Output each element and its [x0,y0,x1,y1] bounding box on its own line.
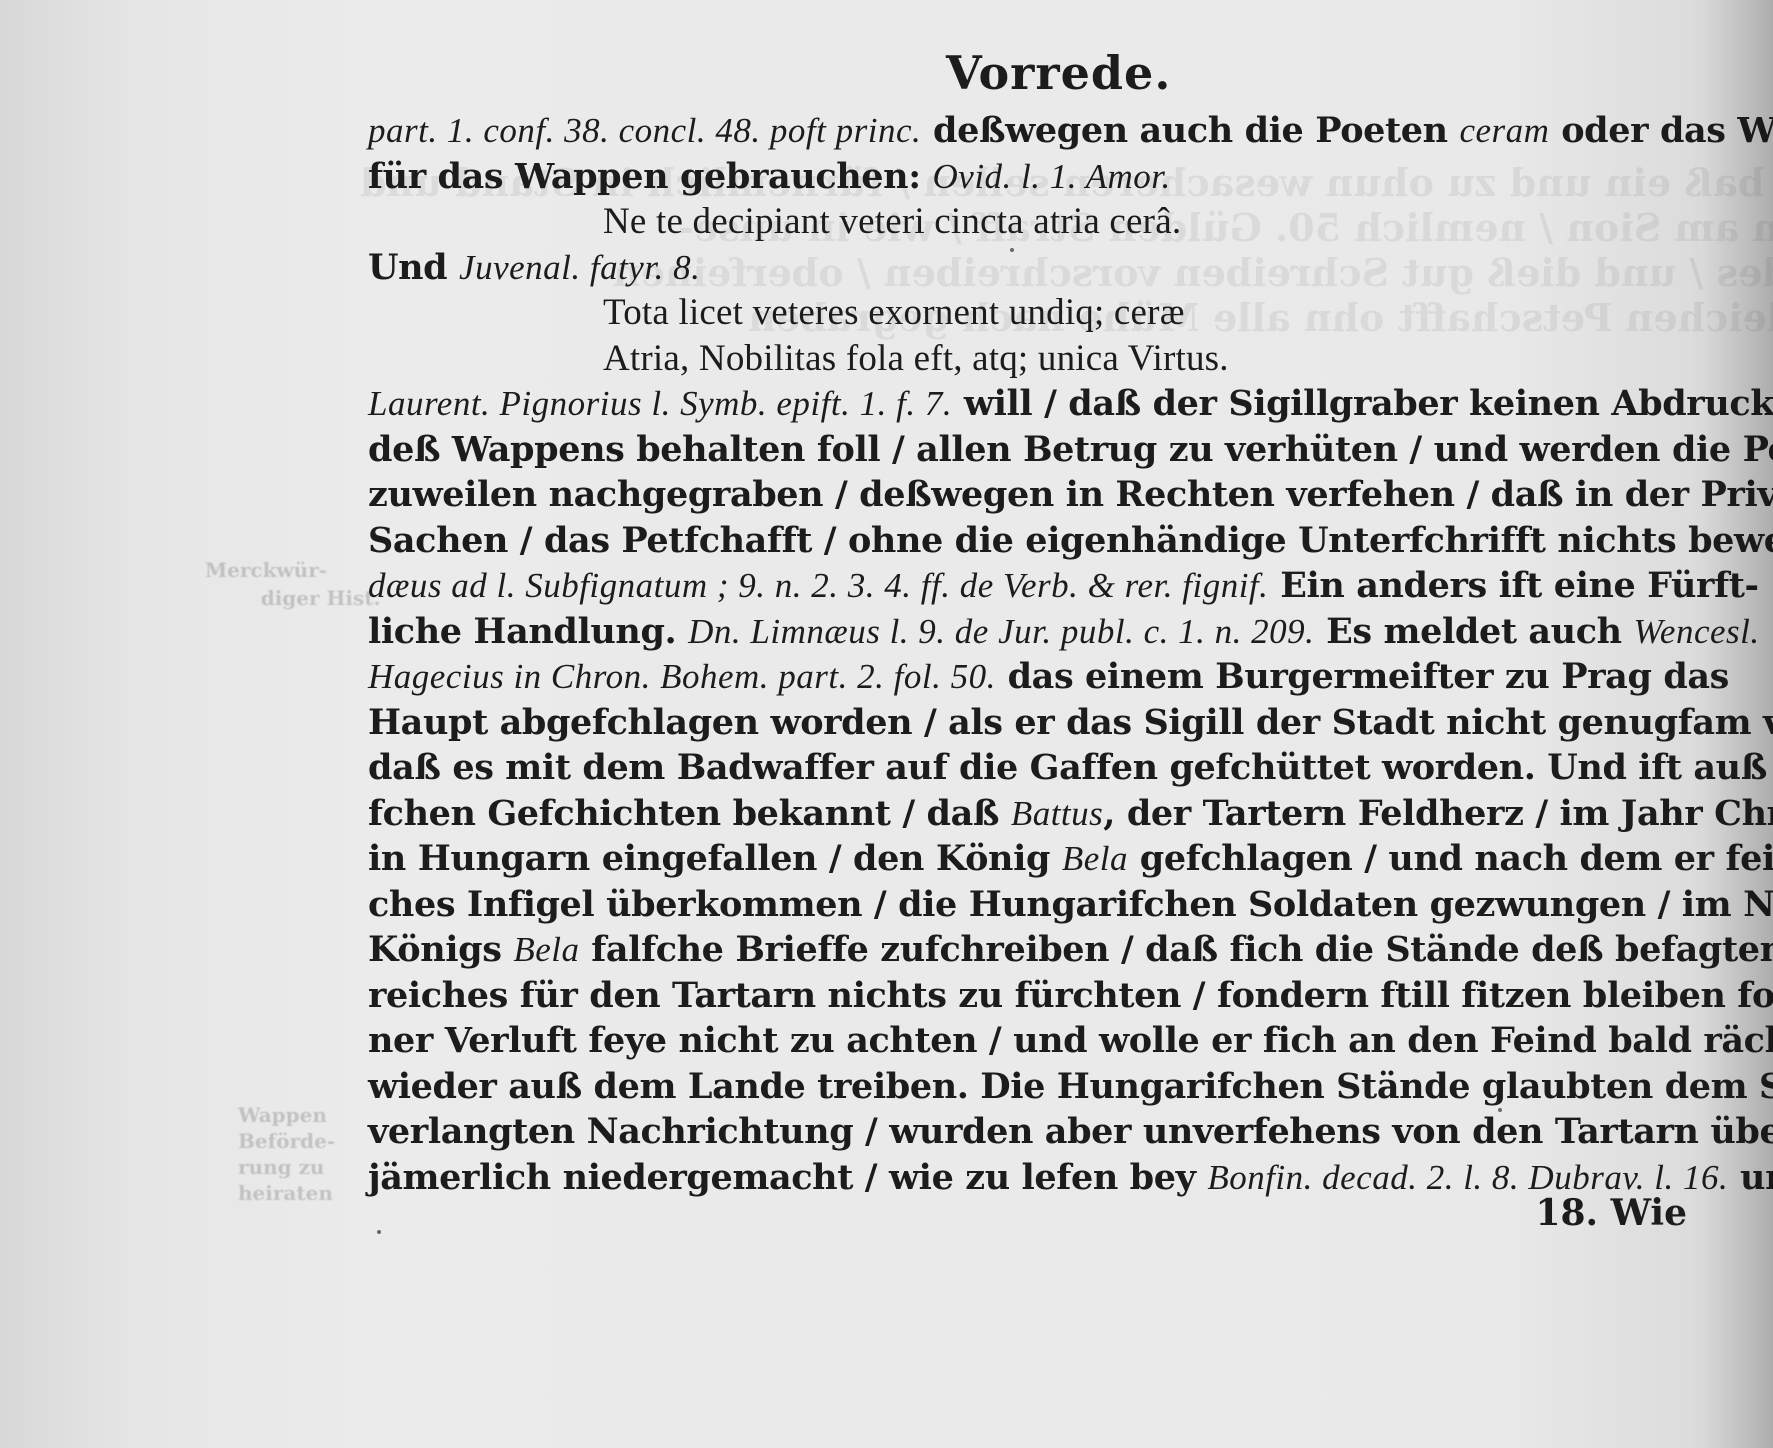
latin-citation: dæus ad l. Subfignatum ; 9. n. 2. 3. 4. … [368,566,1268,605]
text-line: liche Handlung. Dn. Limnæus l. 9. de Jur… [368,609,1698,655]
text-line: für das Wappen gebrauchen: Ovid. l. 1. A… [368,154,1698,200]
fraktur-text: gefchlagen / und nach dem er fein Königl… [1128,838,1773,879]
text-line: Königs Bela falfche Brieffe zufchreiben … [368,927,1698,973]
text-line: Haupt abgefchlagen worden / als er das S… [368,700,1698,746]
latin-citation: Ovid. l. 1. Amor. [933,157,1171,196]
latin-citation: Hagecius in Chron. Bohem. part. 2. fol. … [368,657,996,696]
verse-line: Ne te decipiant veteri cincta atria cerâ… [368,199,1698,245]
fraktur-text: für das Wappen gebrauchen: [368,156,933,197]
body-text: part. 1. conf. 38. concl. 48. poft princ… [368,108,1698,1200]
text-line: part. 1. conf. 38. concl. 48. poft princ… [368,108,1698,154]
text-line: in Hungarn eingefallen / den König Bela … [368,836,1698,882]
fraktur-text: Königs [368,929,513,970]
text-line: ches Infigel überkommen / die Hungarifch… [368,882,1698,928]
fraktur-text: deßwegen auch die Poeten [921,110,1459,151]
text-line: ner Verluft feye nicht zu achten / und w… [368,1018,1698,1064]
text-line: deß Wappens behalten foll / allen Betrug… [368,427,1698,473]
margin-note: Merckwür- diger Hist. [205,556,380,612]
ink-speck [1010,248,1014,252]
text-line: daß es mit dem Badwaffer auf die Gaffen … [368,745,1698,791]
fraktur-text: Und [368,247,459,288]
fraktur-text: deß Wappens behalten foll / allen Betrug… [368,429,1773,470]
verse-line: Atria, Nobilitas fola eft, atq; unica Vi… [368,336,1698,382]
latin-citation: Bela [1062,839,1128,878]
fraktur-text: jämerlich niedergemacht / wie zu lefen b… [368,1157,1207,1198]
fraktur-text: falfche Brieffe zufchreiben / daß fich d… [579,929,1773,970]
text-line: zuweilen nachgegraben / deßwegen in Rech… [368,472,1698,518]
fraktur-text: Tota licet veteres exornent undiq; ceræ [603,292,1185,333]
fraktur-text: , der Tartern Feldherz / im Jahr Chrifti… [1103,793,1773,834]
fraktur-text: verlangten Nachrichtung / wurden aber un… [368,1111,1773,1152]
latin-citation: Bela [513,930,579,969]
ink-speck [1498,1108,1502,1112]
fraktur-text: ches Infigel überkommen / die Hungarifch… [368,884,1773,925]
fraktur-text: fchen Gefchichten bekannt / daß [368,793,1011,834]
fraktur-text: Ein anders ift eine Fürft- [1268,565,1758,606]
fraktur-text: daß es mit dem Badwaffer auf die Gaffen … [368,747,1773,788]
latin-citation: part. 1. conf. 38. concl. 48. poft princ… [368,111,921,150]
fraktur-text: ner Verluft feye nicht zu achten / und w… [368,1020,1773,1061]
fraktur-text: zuweilen nachgegraben / deßwegen in Rech… [368,474,1773,515]
verse-line: Tota licet veteres exornent undiq; ceræ [368,290,1698,336]
text-line: jämerlich niedergemacht / wie zu lefen b… [368,1155,1698,1201]
book-page: feillenmitlicher ze baß ein und zu ohun … [0,0,1773,1448]
fraktur-text: Es meldet auch [1314,611,1633,652]
fraktur-text: will / daß der Sigillgraber keinen Abdru… [952,383,1773,424]
latin-citation: Juvenal. fatyr. 8. [459,248,700,287]
fraktur-text: liche Handlung. [368,611,688,652]
text-line: Hagecius in Chron. Bohem. part. 2. fol. … [368,654,1698,700]
latin-citation: Battus [1011,794,1103,833]
latin-citation: Dn. Limnæus l. 9. de Jur. publ. c. 1. n.… [688,612,1314,651]
ink-speck [377,1230,381,1234]
margin-note: WappenBeförde-rung zuheiraten [238,1102,335,1206]
text-line: reiches für den Tartarn nichts zu fürcht… [368,973,1698,1019]
running-head: Vorrede. [946,46,1171,100]
page-edge-shadow [1703,0,1773,1448]
fraktur-text: Atria, Nobilitas fola eft, atq; unica Vi… [603,338,1229,379]
fraktur-text: das einem Burgermeifter zu Prag das [996,656,1729,697]
latin-citation: Laurent. Pignorius l. Symb. epift. 1. f.… [368,384,952,423]
fraktur-text: in Hungarn eingefallen / den König [368,838,1062,879]
latin-citation: ceram [1459,111,1549,150]
fraktur-text: Sachen / das Petfchafft / ohne die eigen… [368,520,1773,561]
fraktur-text: Ne te decipiant veteri cincta atria cerâ… [603,201,1181,242]
text-line: Laurent. Pignorius l. Symb. epift. 1. f.… [368,381,1698,427]
text-line: wieder auß dem Lande treiben. Die Hungar… [368,1064,1698,1110]
text-line: dæus ad l. Subfignatum ; 9. n. 2. 3. 4. … [368,563,1698,609]
text-line: Sachen / das Petfchafft / ohne die eigen… [368,518,1698,564]
fraktur-text: reiches für den Tartarn nichts zu fürcht… [368,975,1773,1016]
text-line: fchen Gefchichten bekannt / daß Battus, … [368,791,1698,837]
fraktur-text: Haupt abgefchlagen worden / als er das S… [368,702,1773,743]
latin-citation: Bonfin. decad. 2. l. 8. Dubrav. l. 16. [1207,1158,1728,1197]
text-line: Und Juvenal. fatyr. 8. [368,245,1698,291]
text-line: verlangten Nachrichtung / wurden aber un… [368,1109,1698,1155]
catchword: 18. Wie [1535,1192,1687,1234]
fraktur-text: wieder auß dem Lande treiben. Die Hungar… [368,1066,1773,1107]
